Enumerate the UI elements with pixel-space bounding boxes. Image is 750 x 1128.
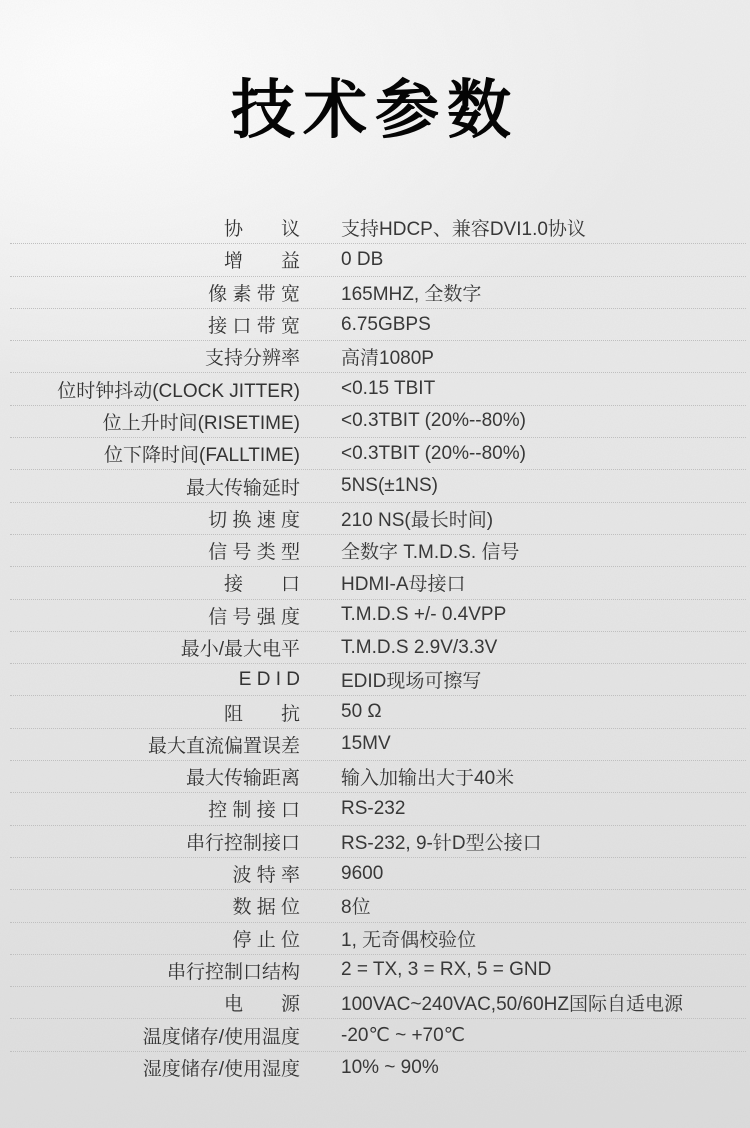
spec-value: T.M.D.S 2.9V/3.3V [341, 637, 746, 659]
spec-label: 切 换 速 度 [10, 505, 300, 532]
spec-row: 支持分辨率 高清1080P [10, 341, 746, 373]
spec-value: <0.3TBIT (20%--80%) [341, 410, 746, 432]
spec-table: 协 议 支持HDCP、兼容DVI1.0协议 增 益 0 DB 像 素 带 宽 1… [10, 212, 746, 1084]
spec-value: RS-232 [341, 798, 746, 820]
spec-label: 位下降时间(FALLTIME) [10, 440, 300, 467]
spec-label: 最大传输距离 [10, 763, 300, 790]
spec-value: RS-232, 9-针D型公接口 [341, 828, 746, 855]
spec-label: 串行控制口结构 [10, 957, 300, 984]
spec-value: 10% ~ 90% [341, 1057, 746, 1079]
spec-row: E D I D EDID现场可擦写 [10, 664, 746, 696]
spec-value: 9600 [341, 863, 746, 885]
spec-row: 增 益 0 DB [10, 244, 746, 276]
spec-value: 0 DB [341, 249, 746, 271]
spec-label: 湿度储存/使用湿度 [10, 1054, 300, 1081]
spec-label: 支持分辨率 [10, 343, 300, 370]
spec-value: 5NS(±1NS) [341, 475, 746, 497]
spec-label: 位时钟抖动(CLOCK JITTER) [10, 376, 300, 403]
spec-label: 温度储存/使用温度 [10, 1022, 300, 1049]
spec-row: 位时钟抖动(CLOCK JITTER) <0.15 TBIT [10, 373, 746, 405]
spec-label: 增 益 [10, 246, 300, 273]
spec-value: 6.75GBPS [341, 314, 746, 336]
spec-row: 像 素 带 宽 165MHZ, 全数字 [10, 277, 746, 309]
spec-label: 最大传输延时 [10, 473, 300, 500]
spec-value: 2 = TX, 3 = RX, 5 = GND [341, 959, 746, 981]
spec-value: 15MV [341, 733, 746, 755]
spec-value: <0.3TBIT (20%--80%) [341, 443, 746, 465]
spec-label: 接 口 带 宽 [10, 311, 300, 338]
spec-label: E D I D [10, 669, 300, 691]
spec-value: 支持HDCP、兼容DVI1.0协议 [341, 214, 746, 241]
spec-row: 信 号 强 度 T.M.D.S +/- 0.4VPP [10, 600, 746, 632]
spec-row: 湿度储存/使用湿度 10% ~ 90% [10, 1052, 746, 1084]
spec-row: 串行控制口结构 2 = TX, 3 = RX, 5 = GND [10, 955, 746, 987]
spec-label: 协 议 [10, 214, 300, 241]
spec-label: 信 号 强 度 [10, 602, 300, 629]
spec-label: 波 特 率 [10, 860, 300, 887]
spec-value: -20℃ ~ +70℃ [341, 1024, 746, 1047]
spec-sheet-page: 技术参数 协 议 支持HDCP、兼容DVI1.0协议 增 益 0 DB 像 素 … [0, 0, 750, 1128]
spec-row: 最大传输延时 5NS(±1NS) [10, 470, 746, 502]
spec-value: 高清1080P [341, 343, 746, 370]
spec-row: 接 口 带 宽 6.75GBPS [10, 309, 746, 341]
spec-value: 输入加输出大于40米 [341, 763, 746, 790]
spec-value: EDID现场可擦写 [341, 666, 746, 693]
spec-row: 温度储存/使用温度 -20℃ ~ +70℃ [10, 1019, 746, 1051]
spec-row: 最小/最大电平 T.M.D.S 2.9V/3.3V [10, 632, 746, 664]
spec-value: HDMI-A母接口 [341, 569, 746, 596]
spec-value: 50 Ω [341, 701, 746, 723]
spec-value: 210 NS(最长时间) [341, 505, 746, 532]
spec-label: 位上升时间(RISETIME) [10, 408, 300, 435]
spec-row: 停 止 位 1, 无奇偶校验位 [10, 923, 746, 955]
spec-row: 信 号 类 型 全数字 T.M.D.S. 信号 [10, 535, 746, 567]
spec-value: 8位 [341, 892, 746, 919]
spec-label: 控 制 接 口 [10, 795, 300, 822]
spec-row: 接 口 HDMI-A母接口 [10, 567, 746, 599]
spec-label: 数 据 位 [10, 892, 300, 919]
spec-label: 像 素 带 宽 [10, 279, 300, 306]
spec-value: 全数字 T.M.D.S. 信号 [341, 537, 746, 564]
spec-value: 1, 无奇偶校验位 [341, 925, 746, 952]
spec-row: 数 据 位 8位 [10, 890, 746, 922]
spec-label: 停 止 位 [10, 925, 300, 952]
spec-value: T.M.D.S +/- 0.4VPP [341, 604, 746, 626]
spec-label: 串行控制接口 [10, 828, 300, 855]
spec-label: 接 口 [10, 569, 300, 596]
spec-label: 最大直流偏置误差 [10, 731, 300, 758]
spec-row: 波 特 率 9600 [10, 858, 746, 890]
page-title: 技术参数 [0, 0, 750, 150]
spec-row: 位上升时间(RISETIME) <0.3TBIT (20%--80%) [10, 406, 746, 438]
spec-row: 切 换 速 度 210 NS(最长时间) [10, 503, 746, 535]
spec-row: 阻 抗 50 Ω [10, 696, 746, 728]
spec-value: 165MHZ, 全数字 [341, 279, 746, 306]
spec-row: 控 制 接 口 RS-232 [10, 793, 746, 825]
spec-label: 阻 抗 [10, 699, 300, 726]
spec-label: 最小/最大电平 [10, 634, 300, 661]
spec-row: 协 议 支持HDCP、兼容DVI1.0协议 [10, 212, 746, 244]
spec-label: 电 源 [10, 989, 300, 1016]
spec-value: 100VAC~240VAC,50/60HZ国际自适电源 [341, 989, 746, 1016]
spec-label: 信 号 类 型 [10, 537, 300, 564]
spec-row: 位下降时间(FALLTIME) <0.3TBIT (20%--80%) [10, 438, 746, 470]
spec-row: 最大传输距离 输入加输出大于40米 [10, 761, 746, 793]
spec-value: <0.15 TBIT [341, 378, 746, 400]
spec-row: 最大直流偏置误差 15MV [10, 729, 746, 761]
spec-row: 电 源 100VAC~240VAC,50/60HZ国际自适电源 [10, 987, 746, 1019]
spec-row: 串行控制接口 RS-232, 9-针D型公接口 [10, 826, 746, 858]
